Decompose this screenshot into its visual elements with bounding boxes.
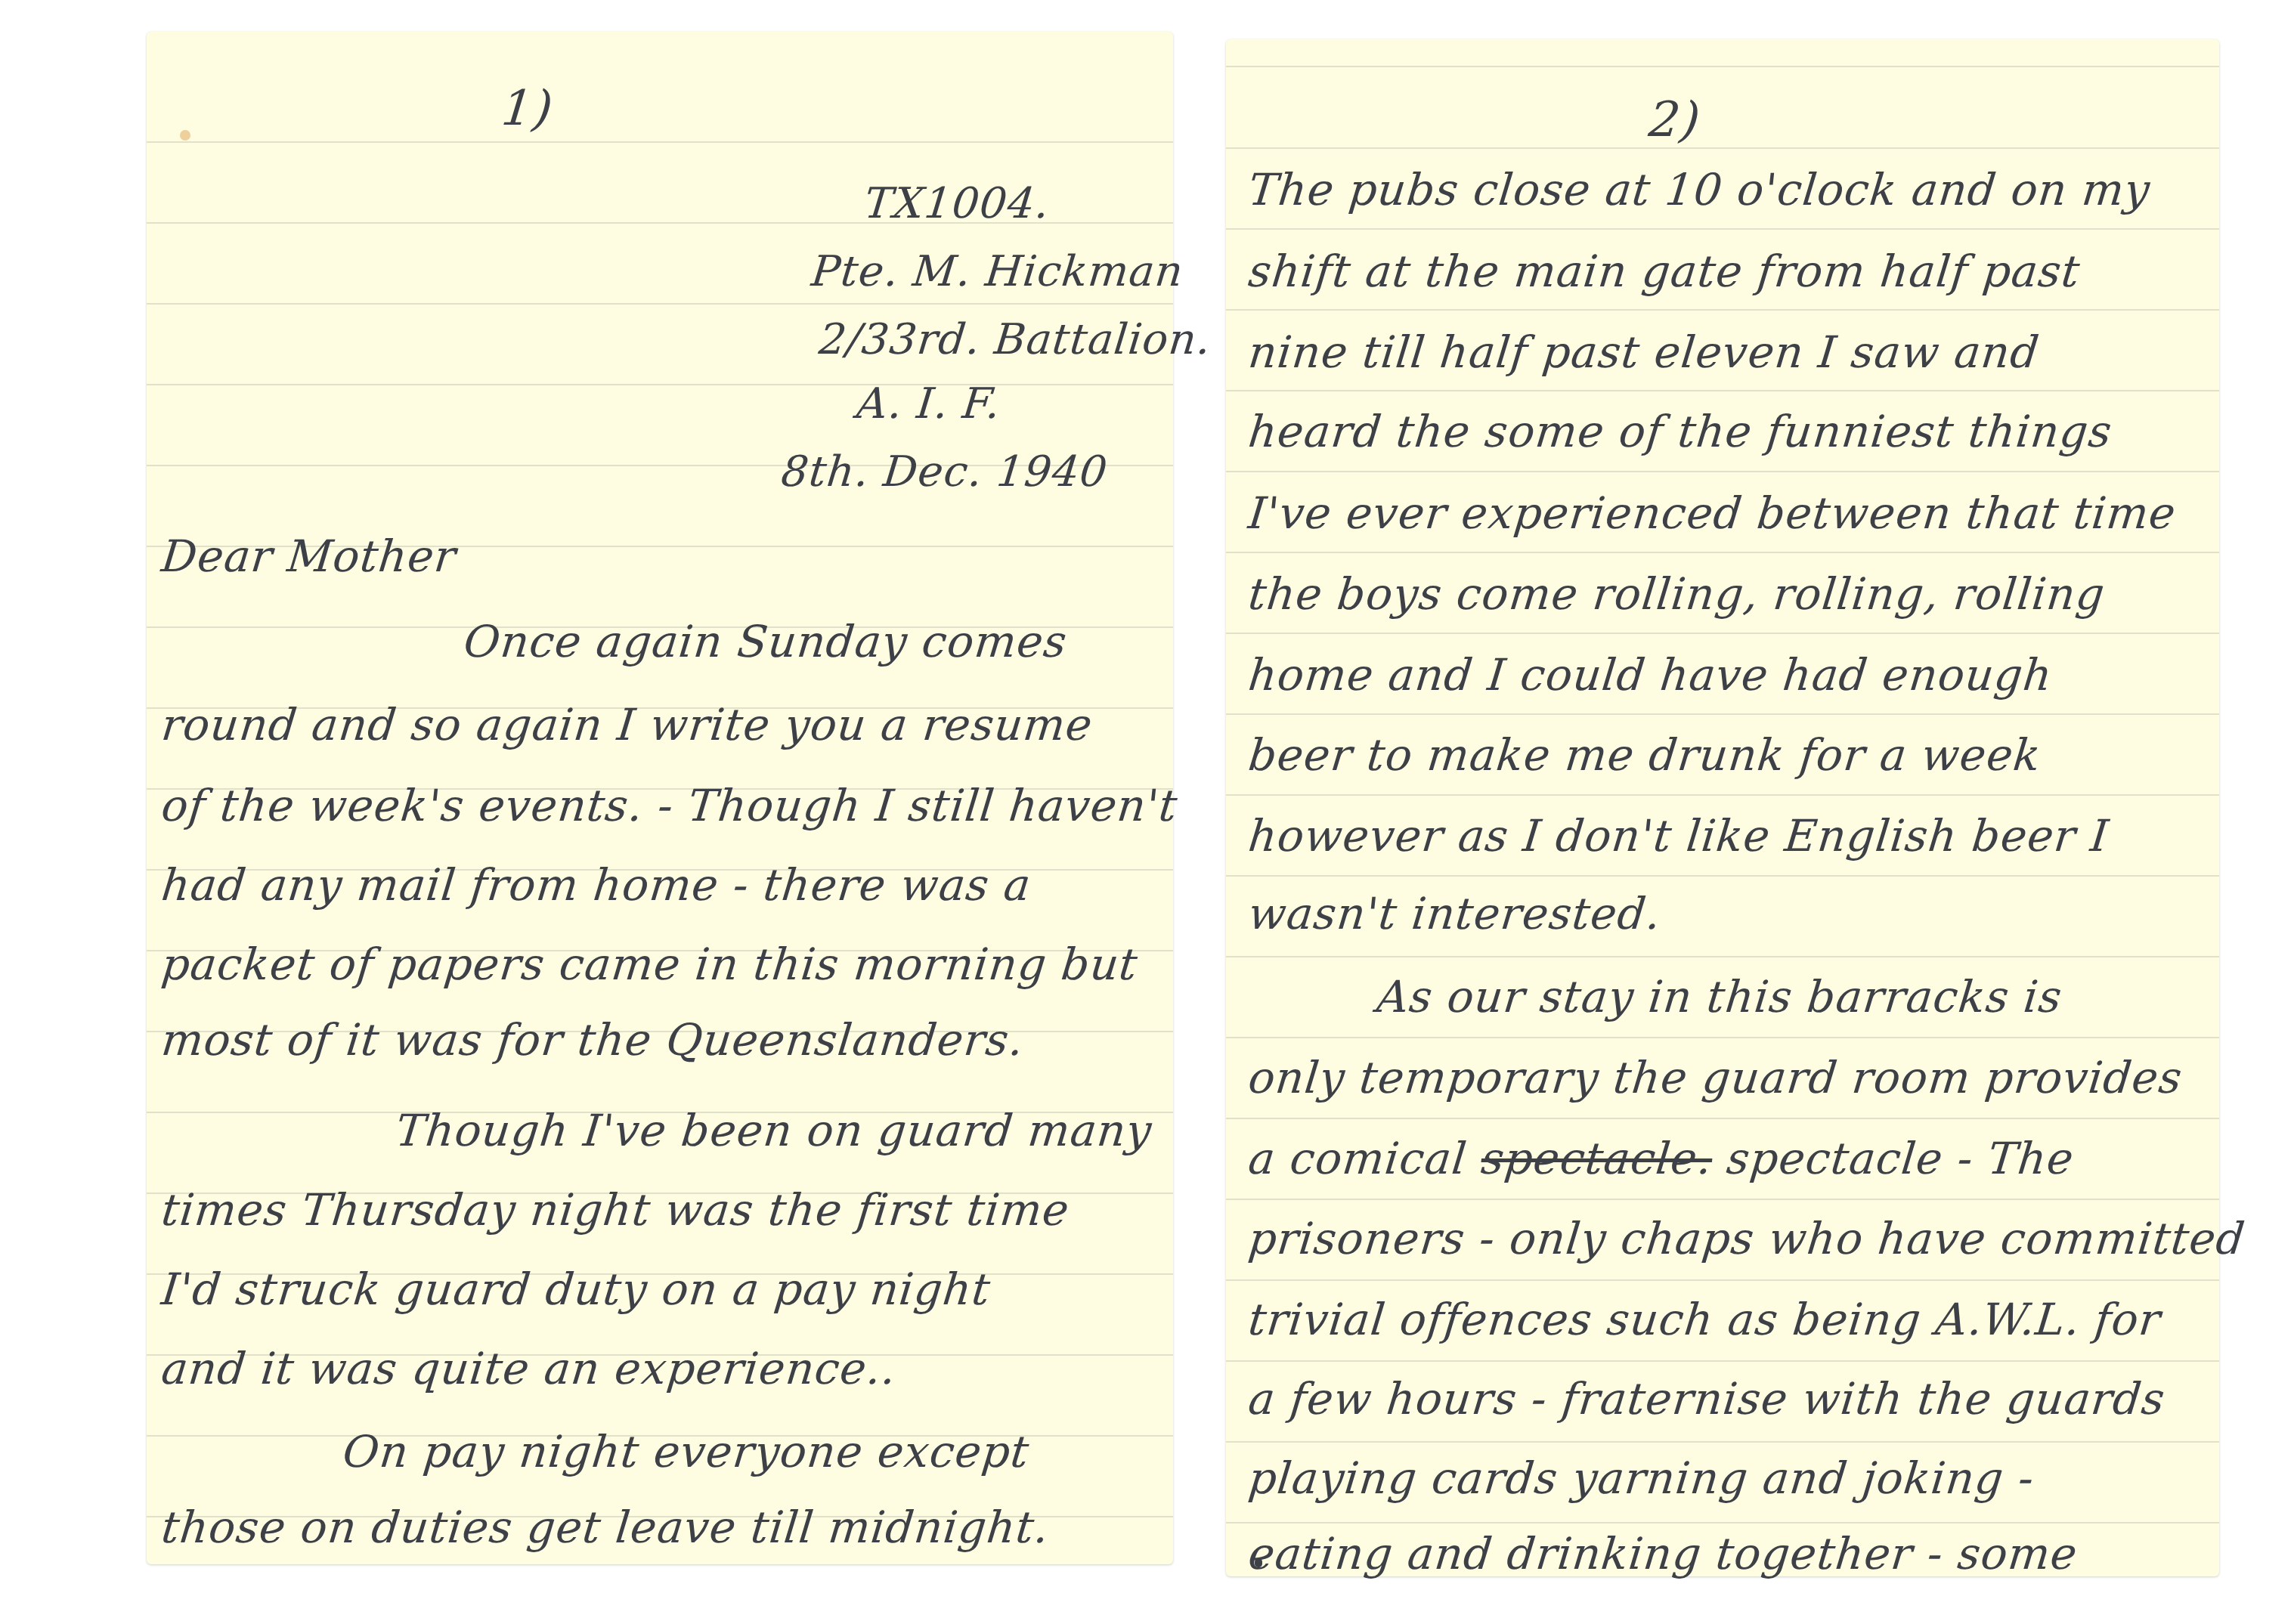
ink-speck: [1255, 1558, 1262, 1567]
crossed-out-word: spectacle.: [1478, 1133, 1715, 1184]
body-line: As our stay in this barracks is: [1375, 975, 2064, 1019]
body-line: I've ever experienced between that time: [1246, 491, 2178, 535]
page-number: 2): [1647, 96, 1703, 144]
body-line: had any mail from home - there was a: [159, 863, 1033, 907]
body-line: those on duties get leave till midnight.: [159, 1505, 1051, 1549]
body-line: only temporary the guard room provides: [1246, 1056, 2184, 1100]
body-line: prisoners - only chaps who have committe…: [1246, 1217, 2247, 1261]
sender-force: A. I. F.: [855, 383, 1003, 425]
sender-unit: 2/33rd. Battalion.: [817, 319, 1213, 361]
letter-page-2: 2) The pubs close at 10 o'clock and on m…: [1226, 39, 2219, 1576]
body-line: Though I've been on guard many: [394, 1109, 1154, 1152]
body-line: Once again Sunday comes: [462, 620, 1070, 664]
body-line: On pay night everyone except: [341, 1430, 1032, 1474]
body-line: home and I could have had enough: [1246, 653, 2054, 697]
body-line: round and so again I write you a resume: [159, 703, 1095, 747]
salutation: Dear Mother: [159, 534, 459, 578]
paper-stain: [180, 130, 190, 141]
body-line: beer to make me drunk for a week: [1246, 733, 2043, 777]
body-line: wasn't interested.: [1246, 892, 1664, 936]
body-text: a comical: [1246, 1133, 1469, 1184]
body-line: eating and drinking together - some: [1246, 1532, 2080, 1576]
letter-date: 8th. Dec. 1940: [779, 451, 1110, 493]
page-number: 1): [500, 85, 556, 133]
service-number: TX1004.: [862, 183, 1051, 225]
body-line: and it was quite an experience..: [159, 1347, 899, 1390]
body-line: of the week's events. - Though I still h…: [159, 784, 1180, 827]
body-line: shift at the main gate from half past: [1246, 249, 2082, 293]
body-line: heard the some of the funniest things: [1246, 410, 2114, 453]
body-line: a few hours - fraternise with the guards: [1246, 1377, 2168, 1421]
body-line: times Thursday night was the first time: [159, 1188, 1072, 1232]
body-line: packet of papers came in this morning bu…: [159, 942, 1140, 986]
body-line: nine till half past eleven I saw and: [1246, 330, 2042, 374]
letter-page-1: 1) TX1004. Pte. M. Hickman 2/33rd. Batta…: [147, 32, 1173, 1564]
body-line: trivial offences such as being A.W.L. fo…: [1246, 1298, 2163, 1341]
body-line: most of it was for the Queenslanders.: [159, 1018, 1026, 1062]
body-line: the boys come rolling, rolling, rolling: [1246, 572, 2107, 616]
body-line: however as I don't like English beer I: [1246, 814, 2111, 858]
body-line: a comical spectacle. spectacle - The: [1246, 1137, 2076, 1180]
body-line: playing cards yarning and joking -: [1246, 1456, 2036, 1500]
sender-name: Pte. M. Hickman: [810, 251, 1185, 293]
body-line: The pubs close at 10 o'clock and on my: [1246, 168, 2153, 212]
body-text: spectacle - The: [1724, 1133, 2076, 1184]
body-line: I'd struck guard duty on a pay night: [159, 1267, 992, 1311]
